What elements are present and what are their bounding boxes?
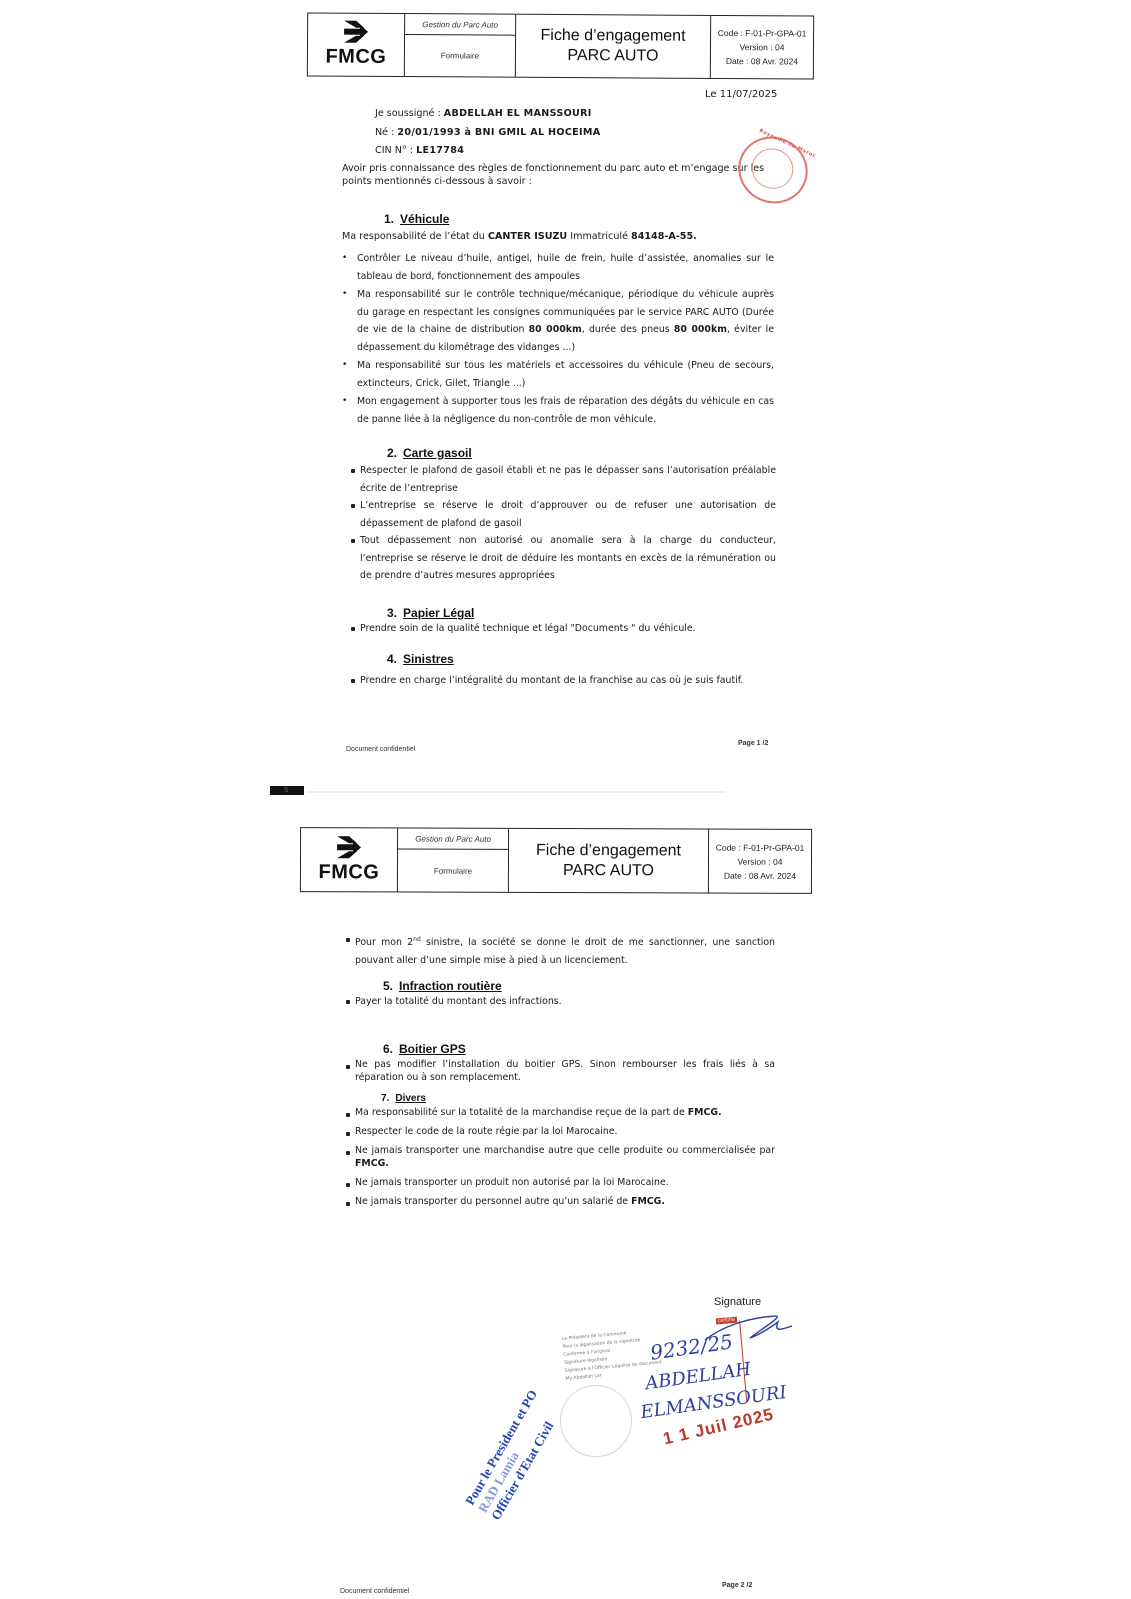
identity-value: 20/01/1993 à BNI GMIL AL HOCEIMA [397,127,600,138]
list-item: Prendre en charge l’intégralité du monta… [350,672,776,690]
document-page-1: FMCG Gestion du Parc Auto Formulaire Fic… [0,0,1131,790]
signature-label: Signature [714,1296,761,1308]
section-title-vehicule: 1.Véhicule [384,212,449,226]
list-item: Ma responsabilité sur la totalité de la … [345,1106,775,1119]
footer-page-number: Page 2 /2 [722,1582,752,1589]
identity-label: Je soussigné : [375,108,444,119]
section-number: 5. [383,979,393,993]
list-item: Ma responsabilité sur le contrôle techni… [342,286,774,356]
list-item: Ne jamais transporter un produit non aut… [345,1176,775,1189]
vehicule-list: Contrôler Le niveau d’huile, antigel, hu… [342,250,774,429]
section-title-divers: 7.Divers [381,1093,426,1104]
doc-code: Code : F-01-Pr-GPA-01 [718,26,807,41]
footer-page-number: Page 1 /2 [738,740,768,747]
document-meta: Code : F-01-Pr-GPA-01 Version : 04 Date … [711,16,813,79]
list-item: Prendre soin de la qualité technique et … [350,620,776,638]
section-number: 1. [384,212,394,226]
lead-text: Ma responsabilité de l’état du [342,231,488,242]
officer-stamp: Pour le President et PO RAD Lamia Offici… [462,1387,566,1522]
list-item: Ne pas modifier l’installation du boitie… [345,1058,775,1084]
doc-version: Version : 04 [740,40,785,54]
department-label: Gestion du Parc Auto [405,14,515,36]
document-header: FMCG Gestion du Parc Auto Formulaire Fic… [300,827,812,894]
doc-code: Code : F-01-Pr-GPA-01 [716,840,805,854]
section-number: 2. [387,446,397,460]
doc-type-label: Formulaire [398,849,508,891]
list-item: Contrôler Le niveau d’huile, antigel, hu… [342,250,774,285]
section-title-boitier-gps: 6.Boitier GPS [383,1042,466,1056]
signing-date: Le 11/07/2025 [705,86,777,104]
list-item: L’entreprise se réserve le droit d’appro… [350,497,776,532]
footer-confidential: Document confidentiel [340,1588,409,1595]
document-title: Fiche d’engagement PARC AUTO [516,15,711,78]
infraction-list: Payer la totalité du montant des infract… [345,993,775,1011]
section-number: 6. [383,1042,393,1056]
identity-cin: CIN N° : LE17784 [375,142,464,160]
section-title-carte-gasoil: 2.Carte gasoil [387,446,472,460]
title-line-1: Fiche d’engagement [536,840,681,861]
list-item: Ma responsabilité sur tous les matériels… [342,357,774,392]
list-item: Respecter le plafond de gasoil établi et… [350,462,776,497]
section-title-infraction-routiere: 5.Infraction routière [383,979,502,993]
doc-date: Date : 08 Avr. 2024 [724,868,796,882]
document-title: Fiche d’engagement PARC AUTO [509,829,709,893]
intro-paragraph: Avoir pris connaissance des règles de fo… [342,162,776,188]
title-line-2: PARC AUTO [567,46,658,67]
sinistres-continued-list: Pour mon 2nd sinistre, la société se don… [345,931,775,969]
section-title-sinistres: 4.Sinistres [387,652,454,666]
section-name: Sinistres [403,652,454,666]
company-name: FMCG [325,47,386,67]
section-name: Infraction routière [399,979,502,993]
list-item: Mon engagement à supporter tous les frai… [342,393,774,428]
company-logo: FMCG [301,828,398,891]
title-line-2: PARC AUTO [563,861,654,881]
section-name: Divers [395,1093,426,1104]
section-name: Boitier GPS [399,1042,466,1056]
carte-gasoil-list: Respecter le plafond de gasoil établi et… [350,462,776,585]
scan-edge [306,791,726,793]
stamp-text: Royaume du Maroc [758,128,817,160]
papier-legal-list: Prendre soin de la qualité technique et … [350,620,776,638]
doc-version: Version : 04 [738,854,783,868]
identity-label: Né : [375,127,397,138]
list-item: Respecter le code de la route régie par … [345,1125,775,1138]
gps-list: Ne pas modifier l’installation du boitie… [345,1058,775,1084]
scan-artifact: S [270,786,304,795]
doc-type-label: Formulaire [405,35,515,77]
title-line-1: Fiche d’engagement [541,26,686,47]
section-number: 3. [387,606,397,620]
department-label: Gestion du Parc Auto [398,828,508,849]
document-header: FMCG Gestion du Parc Auto Formulaire Fic… [307,12,814,79]
round-seal [560,1385,632,1457]
doc-date: Date : 08 Avr. 2024 [726,54,798,68]
section-number: 7. [381,1093,389,1104]
document-meta: Code : F-01-Pr-GPA-01 Version : 04 Date … [709,830,811,893]
list-item: Pour mon 2nd sinistre, la société se don… [345,931,775,969]
list-item: Tout dépassement non autorisé ou anomali… [350,532,776,585]
divers-list: Ma responsabilité sur la totalité de la … [345,1106,775,1214]
identity-birth: Né : 20/01/1993 à BNI GMIL AL HOCEIMA [375,124,600,142]
lead-text: Immatriculé [567,231,631,242]
footer-confidential: Document confidentiel [346,746,415,753]
identity-name: Je soussigné : ABDELLAH EL MANSSOURI [375,105,592,123]
list-item: Ne jamais transporter une marchandise au… [345,1144,775,1170]
section-name: Véhicule [400,212,449,226]
section-title-papier-legal: 3.Papier Légal [387,606,474,620]
list-item: Payer la totalité du montant des infract… [345,993,775,1011]
identity-label: CIN N° : [375,145,416,156]
identity-value: ABDELLAH EL MANSSOURI [444,108,592,119]
company-logo: FMCG [308,13,405,76]
identity-value: LE17784 [416,145,464,156]
section-number: 4. [387,652,397,666]
sinistres-list: Prendre en charge l’intégralité du monta… [350,672,776,690]
company-name: FMCG [318,862,379,882]
section-name: Papier Légal [403,606,474,620]
list-item: Ne jamais transporter du personnel autre… [345,1195,775,1208]
vehicle-model: CANTER ISUZU [488,231,567,242]
arrow-logo-icon [335,834,363,860]
section-name: Carte gasoil [403,446,472,460]
vehicle-plate: 84148-A-55. [631,231,697,242]
document-page-2: FMCG Gestion du Parc Auto Formulaire Fic… [0,800,1131,1599]
official-round-stamp: Royaume du Maroc [727,125,818,214]
vehicle-lead: Ma responsabilité de l’état du CANTER IS… [342,228,782,245]
arrow-logo-icon [342,19,370,45]
